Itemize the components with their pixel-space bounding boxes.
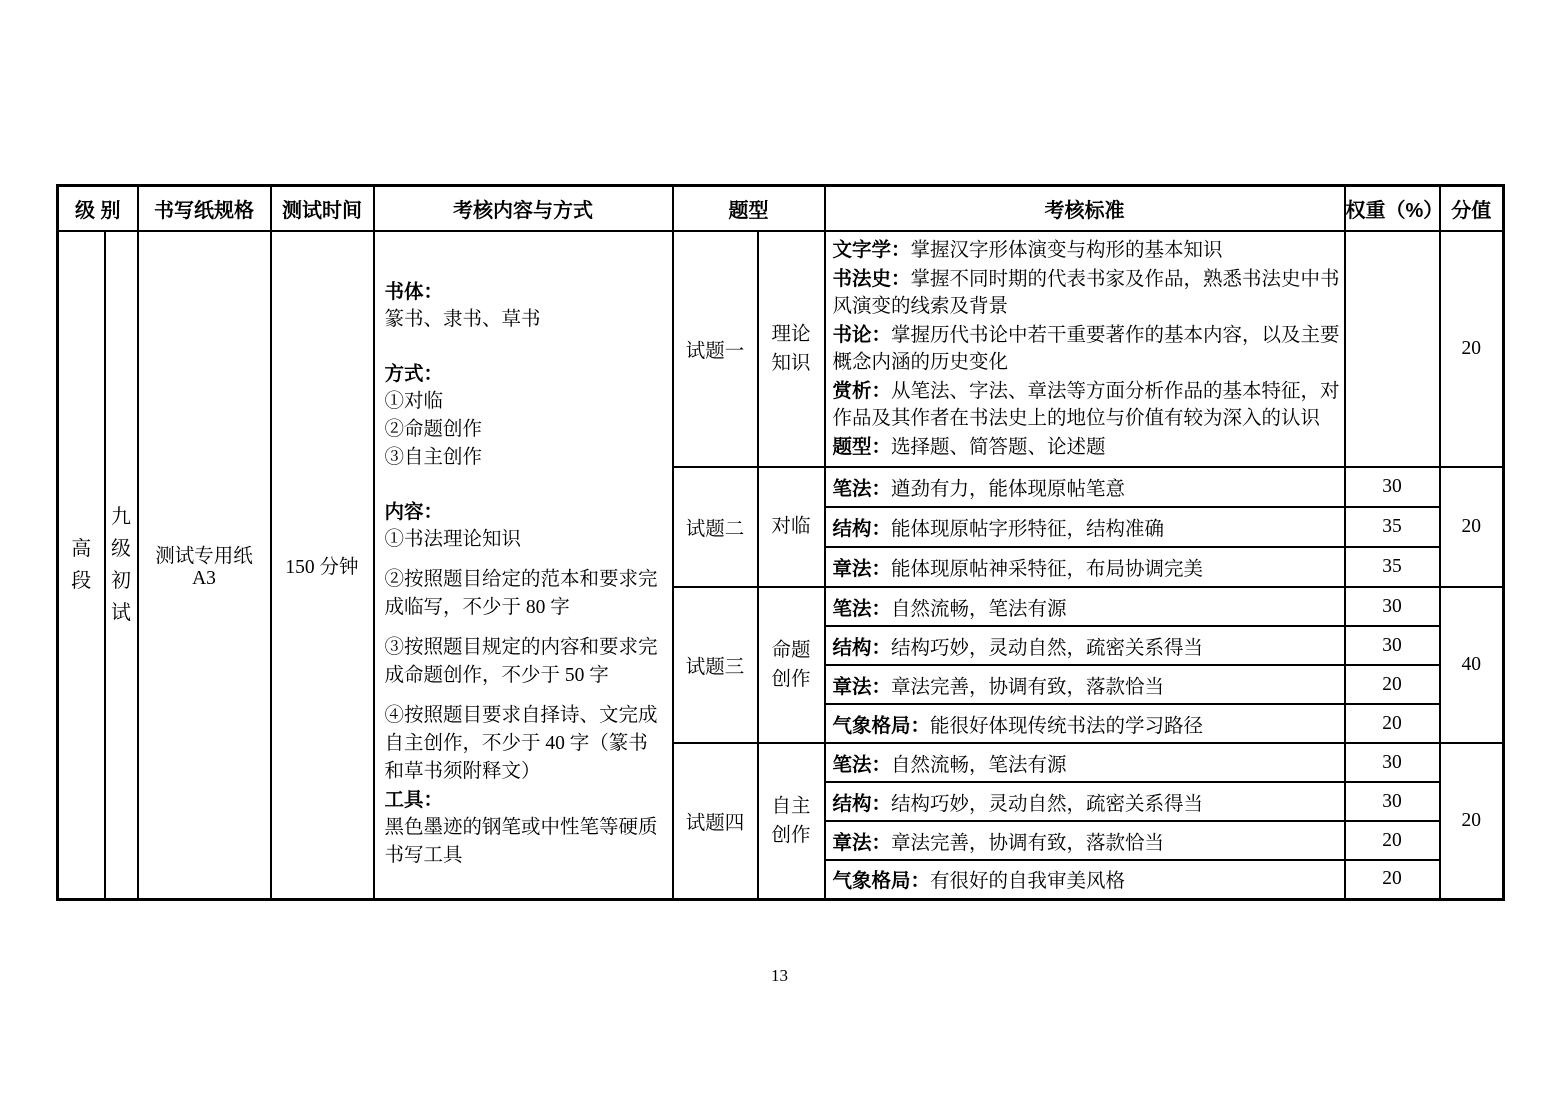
weight-cell: 30	[1345, 782, 1440, 821]
weight-cell: 20	[1345, 860, 1440, 899]
criteria-paragraph: 题型：选择题、简答题、论述题	[833, 434, 1341, 461]
content-mode-title: 方式：	[385, 360, 667, 388]
criteria-label: 笔法：	[833, 478, 892, 500]
content-mode-item-1: ①对临	[385, 388, 667, 416]
header-test-time: 测试时间	[271, 186, 374, 232]
level-stage-cell: 高段	[58, 231, 105, 899]
header-score: 分值	[1440, 186, 1504, 232]
document-page: 级 别 书写纸规格 测试时间 考核内容与方式 题型 考核标准 权重（%） 分值 …	[0, 0, 1559, 1102]
criteria-label: 结构：	[833, 793, 892, 815]
criteria-text: 自然流畅，笔法有源	[891, 599, 1067, 620]
block1-row: 高段 九级初试 测试专用纸 A3 150 分钟 书体： 篆书、隶书、草书 方式：…	[58, 231, 1504, 467]
question-cell-2: 试题二	[673, 467, 758, 587]
criteria-cell: 章法：能体现原帖神采特征，布局协调完美	[825, 547, 1345, 587]
weight-cell: 35	[1345, 547, 1440, 587]
criteria-cell: 笔法：自然流畅，笔法有源	[825, 743, 1345, 782]
table-header-row: 级 别 书写纸规格 测试时间 考核内容与方式 题型 考核标准 权重（%） 分值	[58, 186, 1504, 232]
criteria-cell: 结构：能体现原帖字形特征，结构准确	[825, 507, 1345, 547]
content-tools-body: 黑色墨迹的钢笔或中性笔等硬质书写工具	[385, 814, 667, 870]
content-method-cell: 书体： 篆书、隶书、草书 方式： ①对临 ②命题创作 ③自主创作 内容： ①书法…	[374, 231, 673, 899]
criteria-text: 结构巧妙，灵动自然，疏密关系得当	[891, 638, 1203, 659]
content-content-item-4: ④按照题目要求自择诗、文完成自主创作，不少于 40 字（篆书和草书须附释文）	[385, 702, 667, 786]
criteria-text: 自然流畅，笔法有源	[891, 755, 1067, 776]
content-style-title: 书体：	[385, 278, 667, 306]
criteria-text: 遒劲有力，能体现原帖笔意	[891, 479, 1125, 500]
weight-cell: 35	[1345, 507, 1440, 547]
criteria-label: 章法：	[833, 832, 892, 854]
content-content-item-1: ①书法理论知识	[385, 526, 667, 554]
criteria-text: 从笔法、字法、章法等方面分析作品的基本特征，对作品及其作者在书法史上的地位与价值…	[833, 381, 1340, 429]
criteria-label: 章法：	[833, 558, 892, 580]
content-tools-title: 工具：	[385, 786, 667, 814]
score-cell-1: 20	[1440, 231, 1504, 467]
question-type-cell-2: 对临	[758, 467, 825, 587]
header-criteria: 考核标准	[825, 186, 1345, 232]
question-cell-3: 试题三	[673, 587, 758, 743]
criteria-text: 有很好的自我审美风格	[930, 871, 1125, 892]
criteria-paragraph: 文字学：掌握汉字形体演变与构形的基本知识	[833, 237, 1341, 264]
header-weight: 权重（%）	[1345, 186, 1440, 232]
criteria-paragraph: 赏析：从笔法、字法、章法等方面分析作品的基本特征，对作品及其作者在书法史上的地位…	[833, 378, 1341, 432]
criteria-label: 结构：	[833, 518, 892, 540]
criteria-text: 能体现原帖字形特征，结构准确	[891, 519, 1164, 540]
criteria-label: 书法史：	[833, 268, 911, 290]
criteria-cell: 结构：结构巧妙，灵动自然，疏密关系得当	[825, 782, 1345, 821]
content-content-item-3: ③按照题目规定的内容和要求完成命题创作，不少于 50 字	[385, 634, 667, 690]
criteria-text: 章法完善，协调有致，落款恰当	[891, 677, 1164, 698]
criteria-paragraph: 书法史：掌握不同时期的代表书家及作品，熟悉书法史中书风演变的线索及背景	[833, 266, 1341, 320]
content-content-item-2: ②按照题目给定的范本和要求完成临写，不少于 80 字	[385, 566, 667, 622]
criteria-label: 气象格局：	[833, 715, 931, 737]
content-mode-item-2: ②命题创作	[385, 416, 667, 444]
question-type-cell-4: 自主创作	[758, 743, 825, 899]
weight-cell: 30	[1345, 743, 1440, 782]
question-type-text-3: 命题创作	[769, 636, 813, 695]
page-number: 13	[0, 966, 1559, 986]
question-cell-1: 试题一	[673, 231, 758, 467]
weight-cell: 30	[1345, 626, 1440, 665]
criteria-cell-1: 文字学：掌握汉字形体演变与构形的基本知识 书法史：掌握不同时期的代表书家及作品，…	[825, 231, 1345, 467]
criteria-label: 结构：	[833, 637, 892, 659]
paper-spec-cell: 测试专用纸 A3	[138, 231, 271, 899]
weight-cell: 20	[1345, 665, 1440, 704]
criteria-text: 能很好体现传统书法的学习路径	[930, 716, 1203, 737]
criteria-label: 笔法：	[833, 598, 892, 620]
criteria-cell: 章法：章法完善，协调有致，落款恰当	[825, 665, 1345, 704]
score-cell-3: 40	[1440, 587, 1504, 743]
criteria-label: 题型：	[833, 436, 892, 458]
question-type-text-1: 理论知识	[769, 320, 813, 379]
criteria-text: 结构巧妙，灵动自然，疏密关系得当	[891, 794, 1203, 815]
question-type-cell-3: 命题创作	[758, 587, 825, 743]
criteria-cell: 笔法：自然流畅，笔法有源	[825, 587, 1345, 626]
criteria-text: 章法完善，协调有致，落款恰当	[891, 833, 1164, 854]
criteria-cell: 章法：章法完善，协调有致，落款恰当	[825, 821, 1345, 860]
test-time-cell: 150 分钟	[271, 231, 374, 899]
level-grade-text: 九级初试	[110, 501, 133, 629]
criteria-label: 赏析：	[833, 380, 892, 402]
question-cell-4: 试题四	[673, 743, 758, 899]
spacer	[385, 334, 667, 360]
content-content-title: 内容：	[385, 498, 667, 526]
weight-cell: 30	[1345, 587, 1440, 626]
criteria-cell: 气象格局：能很好体现传统书法的学习路径	[825, 704, 1345, 743]
criteria-label: 文字学：	[833, 239, 911, 261]
content-mode-item-3: ③自主创作	[385, 444, 667, 472]
criteria-text: 掌握历代书论中若干重要著作的基本内容，以及主要概念内涵的历史变化	[833, 325, 1340, 373]
criteria-cell: 结构：结构巧妙，灵动自然，疏密关系得当	[825, 626, 1345, 665]
criteria-label: 书论：	[833, 324, 892, 346]
header-question-type: 题型	[673, 186, 825, 232]
criteria-paragraph: 书论：掌握历代书论中若干重要著作的基本内容，以及主要概念内涵的历史变化	[833, 322, 1341, 376]
criteria-cell: 笔法：遒劲有力，能体现原帖笔意	[825, 467, 1345, 507]
header-paper-spec: 书写纸规格	[138, 186, 271, 232]
criteria-label: 笔法：	[833, 754, 892, 776]
weight-cell: 20	[1345, 704, 1440, 743]
weight-cell: 20	[1345, 821, 1440, 860]
level-grade-cell: 九级初试	[105, 231, 138, 899]
criteria-text: 掌握汉字形体演变与构形的基本知识	[911, 240, 1223, 261]
assessment-spec-table: 级 别 书写纸规格 测试时间 考核内容与方式 题型 考核标准 权重（%） 分值 …	[56, 184, 1505, 901]
paper-spec-line2: A3	[141, 568, 268, 590]
criteria-text: 能体现原帖神采特征，布局协调完美	[891, 559, 1203, 580]
header-content-method: 考核内容与方式	[374, 186, 673, 232]
criteria-text: 选择题、简答题、论述题	[891, 437, 1106, 458]
question-type-text-2: 对临	[769, 512, 813, 541]
paper-spec-line1: 测试专用纸	[141, 540, 268, 568]
spacer	[385, 472, 667, 498]
header-level: 级 别	[58, 186, 138, 232]
score-cell-2: 20	[1440, 467, 1504, 587]
criteria-cell: 气象格局：有很好的自我审美风格	[825, 860, 1345, 899]
weight-cell: 30	[1345, 467, 1440, 507]
question-type-cell-1: 理论知识	[758, 231, 825, 467]
criteria-label: 气象格局：	[833, 870, 931, 892]
content-style-body: 篆书、隶书、草书	[385, 306, 667, 334]
criteria-label: 章法：	[833, 676, 892, 698]
question-type-text-4: 自主创作	[769, 792, 813, 851]
weight-cell-empty	[1345, 231, 1440, 467]
level-stage-text: 高段	[70, 533, 93, 597]
score-cell-4: 20	[1440, 743, 1504, 899]
